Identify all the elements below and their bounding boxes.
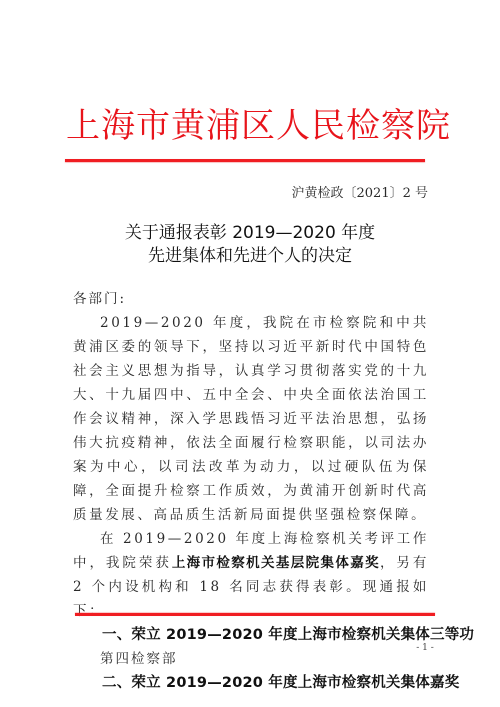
organization-header: 上海市黄浦区人民检察院 [66, 104, 426, 148]
document-title-line-2: 先进集体和先进个人的决定 [60, 245, 440, 268]
document-number: 沪黄检政〔2021〕2 号 [270, 185, 428, 203]
red-header-rule [65, 159, 425, 162]
paragraph-intro: 2019—2020 年度，我院在市检察院和中共黄浦区委的领导下，坚持以习近平新时… [73, 311, 429, 527]
section-heading-1: 一、荣立 2019—2020 年度上海市检察机关集体三等功 [73, 623, 429, 647]
red-footer-rule [75, 613, 435, 616]
document-title-line-1: 关于通报表彰 2019—2020 年度 [60, 222, 440, 245]
section-heading-2: 二、荣立 2019—2020 年度上海市检察机关集体嘉奖 [73, 671, 429, 695]
document-page: 上海市黄浦区人民检察院 沪黄检政〔2021〕2 号 关于通报表彰 2019—20… [0, 0, 500, 707]
page-number: - 1 - [408, 642, 442, 654]
document-body: 各部门: 2019—2020 年度，我院在市检察院和中共黄浦区委的领导下，坚持以… [73, 287, 429, 695]
document-title: 关于通报表彰 2019—2020 年度 先进集体和先进个人的决定 [60, 222, 440, 268]
salutation: 各部门: [73, 287, 429, 311]
award-highlight: 上海市检察机关基层院集体嘉奖 [172, 555, 380, 571]
paragraph-awards-summary: 在 2019—2020 年度上海检察机关考评工作中，我院荣获上海市检察机关基层院… [73, 527, 429, 623]
section-1-item: 第四检察部 [73, 647, 429, 671]
